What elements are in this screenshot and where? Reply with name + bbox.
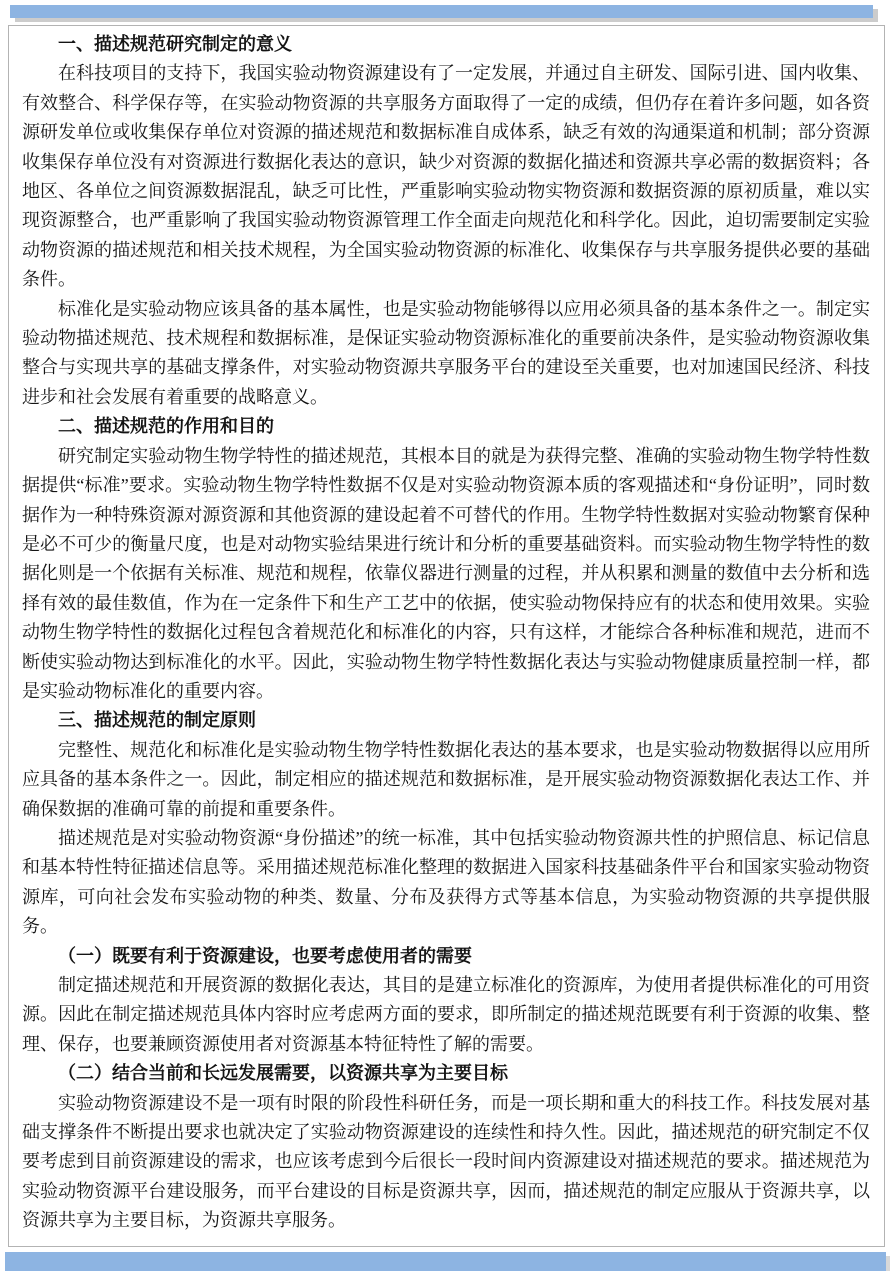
- section-heading-2: 二、描述规范的作用和目的: [22, 412, 870, 441]
- bottom-accent-bar: [5, 1252, 886, 1271]
- paragraph: 描述规范是对实验动物资源“身份描述”的统一标准，其中包括实验动物资源共性的护照信…: [22, 824, 870, 942]
- paragraph: 制定描述规范和开展资源的数据化表达，其目的是建立标准化的资源库，为使用者提供标准…: [22, 971, 870, 1059]
- document-content: 一、描述规范研究制定的意义 在科技项目的支持下，我国实验动物资源建设有了一定发展…: [8, 25, 885, 1247]
- paragraph: 研究制定实验动物生物学特性的描述规范，其根本目的就是为获得完整、准确的实验动物生…: [22, 442, 870, 707]
- document-page: { "document": { "accent_color": "#8db4e2…: [0, 0, 890, 1271]
- paragraph: 在科技项目的支持下，我国实验动物资源建设有了一定发展，并通过自主研发、国际引进、…: [22, 59, 870, 294]
- paragraph: 实验动物资源建设不是一项有时限的阶段性科研任务，而是一项长期和重大的科技工作。科…: [22, 1089, 870, 1236]
- section-heading-1: 一、描述规范研究制定的意义: [22, 30, 870, 59]
- top-accent-bar: [10, 5, 873, 18]
- paragraph: 完整性、规范化和标准化是实验动物生物学特性数据化表达的基本要求，也是实验动物数据…: [22, 736, 870, 824]
- subsection-heading-1: （一）既要有利于资源建设，也要考虑使用者的需要: [22, 942, 870, 971]
- section-heading-3: 三、描述规范的制定原则: [22, 706, 870, 735]
- subsection-heading-2: （二）结合当前和长远发展需要，以资源共享为主要目标: [22, 1059, 870, 1088]
- paragraph: 标准化是实验动物应该具备的基本属性，也是实验动物能够得以应用必须具备的基本条件之…: [22, 295, 870, 413]
